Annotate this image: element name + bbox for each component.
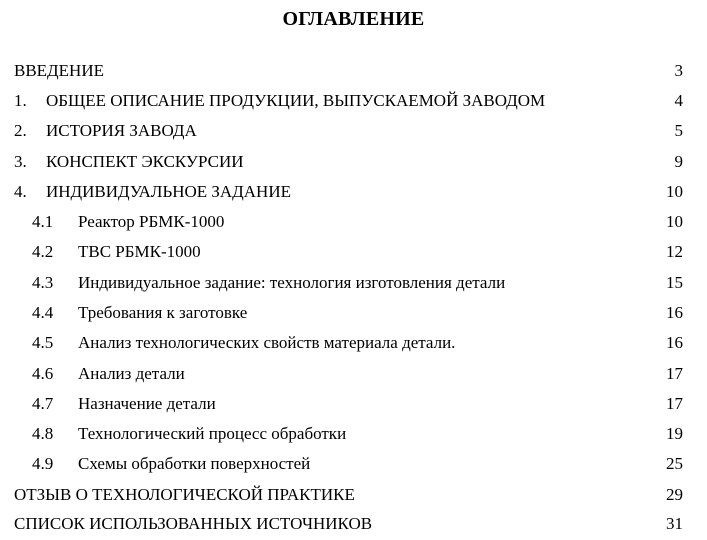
toc-entry-4-8[interactable]: 4.8 Технологический процесс обработки 19 [32, 423, 683, 445]
entry-page: 29 [666, 484, 683, 506]
entry-label: Анализ детали [78, 363, 185, 385]
toc-entry-4-5[interactable]: 4.5 Анализ технологических свойств матер… [32, 332, 683, 354]
entry-number: 4.3 [32, 272, 78, 294]
entry-page: 25 [666, 453, 683, 475]
entry-page: 3 [675, 60, 684, 82]
toc-entry-3[interactable]: 3. КОНСПЕКТ ЭКСКУРСИИ 9 [14, 151, 683, 173]
entry-number: 3. [14, 151, 46, 173]
entry-number: 2. [14, 120, 46, 142]
toc-title: ОГЛАВЛЕНИЕ [0, 8, 707, 31]
toc-entry-2[interactable]: 2. ИСТОРИЯ ЗАВОДА 5 [14, 120, 683, 142]
entry-page: 17 [666, 363, 683, 385]
entry-number: 4.6 [32, 363, 78, 385]
toc-entry-review[interactable]: ОТЗЫВ О ТЕХНОЛОГИЧЕСКОЙ ПРАКТИКЕ 29 [14, 484, 683, 506]
entry-label: СПИСОК ИСПОЛЬЗОВАННЫХ ИСТОЧНИКОВ [14, 513, 372, 535]
toc-entry-references[interactable]: СПИСОК ИСПОЛЬЗОВАННЫХ ИСТОЧНИКОВ 31 [14, 513, 683, 535]
entry-number: 4.8 [32, 423, 78, 445]
toc-entry-4-1[interactable]: 4.1 Реактор РБМК-1000 10 [32, 211, 683, 233]
entry-page: 5 [675, 120, 684, 142]
entry-label: ОТЗЫВ О ТЕХНОЛОГИЧЕСКОЙ ПРАКТИКЕ [14, 484, 355, 506]
entry-page: 16 [666, 332, 683, 354]
entry-page: 15 [666, 272, 683, 294]
entry-page: 9 [675, 151, 684, 173]
toc-entry-4-2[interactable]: 4.2 ТВС РБМК-1000 12 [32, 241, 683, 263]
entry-label: ОБЩЕЕ ОПИСАНИЕ ПРОДУКЦИИ, ВЫПУСКАЕМОЙ ЗА… [46, 90, 545, 112]
entry-page: 16 [666, 302, 683, 324]
entry-number: 4.1 [32, 211, 78, 233]
entry-label: Анализ технологических свойств материала… [78, 332, 455, 354]
toc-entry-4-9[interactable]: 4.9 Схемы обработки поверхностей 25 [32, 453, 683, 475]
entry-number: 4.5 [32, 332, 78, 354]
toc-entry-4[interactable]: 4. ИНДИВИДУАЛЬНОЕ ЗАДАНИЕ 10 [14, 181, 683, 203]
toc-entry-4-6[interactable]: 4.6 Анализ детали 17 [32, 363, 683, 385]
entry-number: 4.9 [32, 453, 78, 475]
entry-label: Требования к заготовке [78, 302, 247, 324]
entry-label: ИНДИВИДУАЛЬНОЕ ЗАДАНИЕ [46, 181, 291, 203]
entry-page: 19 [666, 423, 683, 445]
toc-entry-4-7[interactable]: 4.7 Назначение детали 17 [32, 393, 683, 415]
toc-entry-4-4[interactable]: 4.4 Требования к заготовке 16 [32, 302, 683, 324]
entry-page: 10 [666, 181, 683, 203]
entry-number: 4.7 [32, 393, 78, 415]
entry-label: ТВС РБМК-1000 [78, 241, 201, 263]
entry-page: 31 [666, 513, 683, 535]
toc-entry-4-3[interactable]: 4.3 Индивидуальное задание: технология и… [32, 272, 683, 294]
entry-page: 12 [666, 241, 683, 263]
entry-page: 10 [666, 211, 683, 233]
entry-number: 4.4 [32, 302, 78, 324]
toc-entry-1[interactable]: 1. ОБЩЕЕ ОПИСАНИЕ ПРОДУКЦИИ, ВЫПУСКАЕМОЙ… [14, 90, 683, 112]
entry-number: 4.2 [32, 241, 78, 263]
entry-label: ИСТОРИЯ ЗАВОДА [46, 120, 197, 142]
entry-label: Технологический процесс обработки [78, 423, 346, 445]
entry-page: 4 [675, 90, 684, 112]
entry-number: 1. [14, 90, 46, 112]
entry-label: Индивидуальное задание: технология изгот… [78, 272, 505, 294]
entry-label: Схемы обработки поверхностей [78, 453, 310, 475]
entry-label: Назначение детали [78, 393, 216, 415]
entry-label: Реактор РБМК-1000 [78, 211, 224, 233]
entry-page: 17 [666, 393, 683, 415]
entry-label: КОНСПЕКТ ЭКСКУРСИИ [46, 151, 244, 173]
toc-entry-introduction[interactable]: ВВЕДЕНИЕ 3 [14, 60, 683, 82]
entry-label: ВВЕДЕНИЕ [14, 60, 104, 82]
entry-number: 4. [14, 181, 46, 203]
